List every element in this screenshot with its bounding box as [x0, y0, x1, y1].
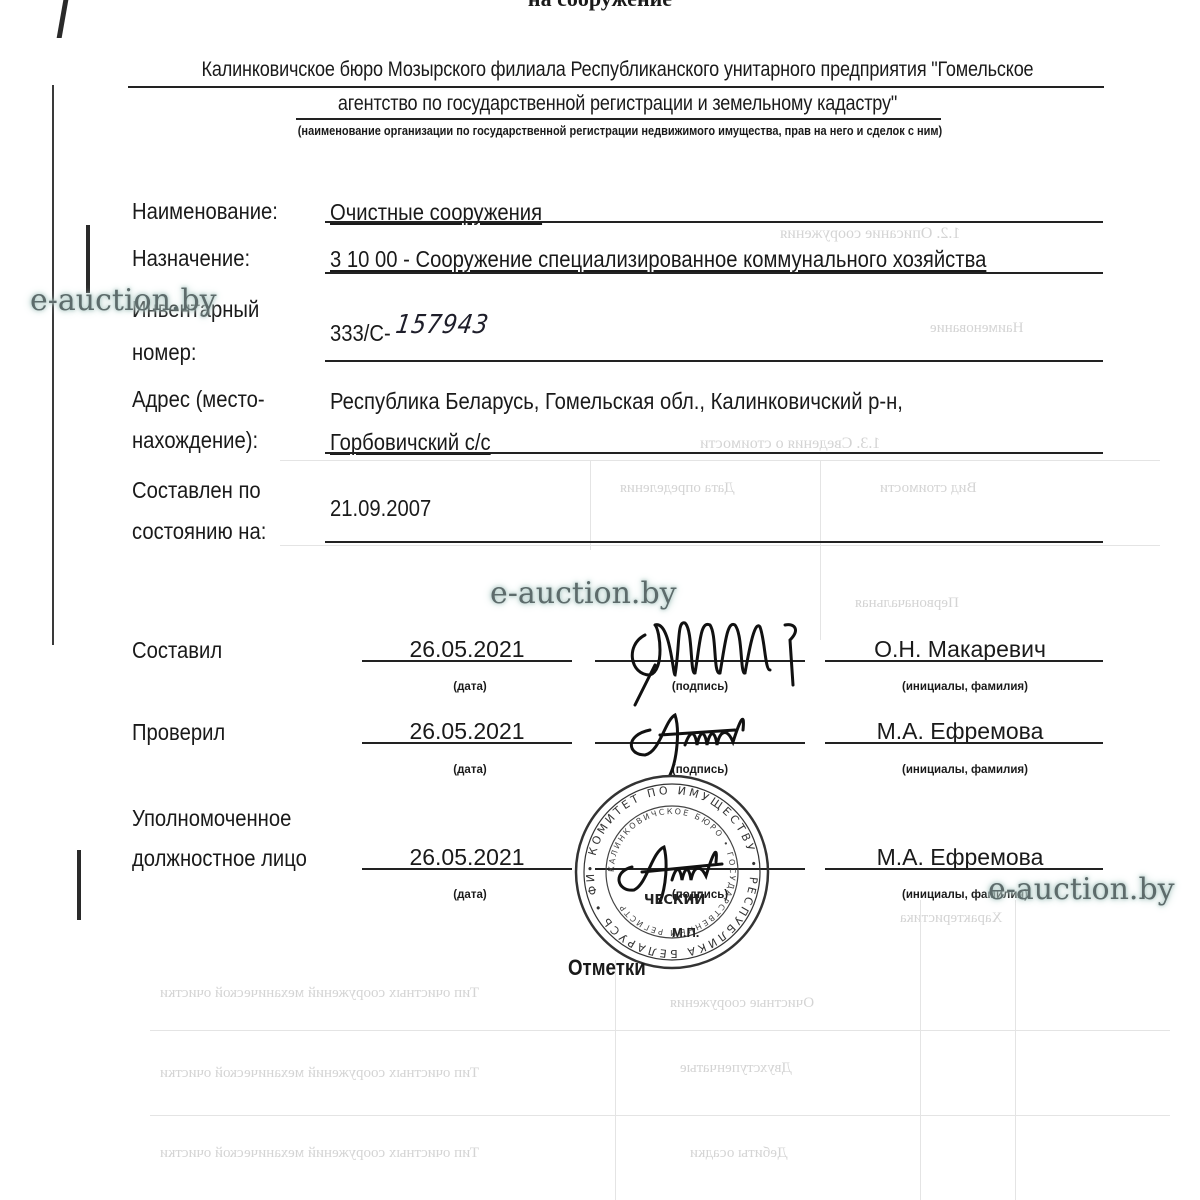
ghost-text: Тип очистных сооружений механической очи…	[160, 1145, 479, 1162]
ghost-rule	[820, 460, 821, 640]
watermark-text: e-auction.by	[988, 872, 1175, 907]
purpose-field-line	[325, 272, 1103, 274]
scan-edge-line	[52, 85, 54, 645]
organization-name-line2: агентство по государственной регистрации…	[194, 92, 1041, 116]
ghost-rule	[615, 960, 616, 1200]
as-of-label-line2: состоянию на:	[132, 512, 266, 550]
inventory-value: 333/С- 157943	[330, 318, 489, 348]
svg-text:М.П.: М.П.	[672, 925, 699, 940]
address-label-line1: Адрес (место-	[132, 380, 265, 418]
purpose-label: Назначение:	[132, 239, 250, 277]
ghost-rule	[280, 460, 1160, 461]
name-caption: (инициалы, фамилия)	[880, 681, 1050, 693]
address-value-line1: Республика Беларусь, Гомельская обл., Ка…	[330, 388, 903, 415]
inventory-prefix: 333/С-	[330, 320, 391, 346]
address-field-line	[325, 452, 1103, 454]
ghost-text: Наименование	[930, 320, 1023, 337]
svg-text:ЧЕСКИЙ: ЧЕСКИЙ	[644, 892, 705, 908]
checked-by-date: 26.05.2021	[362, 718, 572, 745]
checked-by-label: Проверил	[132, 719, 225, 746]
watermark-text: e-auction.by	[490, 576, 677, 611]
scan-edge-mark	[77, 850, 81, 920]
organization-underline	[128, 86, 1104, 88]
authorized-official-label-line2: должностное лицо	[132, 845, 307, 872]
authorized-name-line	[825, 868, 1103, 870]
compiled-by-label: Составил	[132, 637, 222, 664]
ghost-rule	[280, 545, 1160, 546]
date-caption: (дата)	[440, 889, 500, 901]
organization-name-line1: Калинковичское бюро Мозырского филиала Р…	[194, 58, 1041, 82]
authorized-official-label-line1: Уполномоченное	[132, 805, 291, 832]
document-title: на сооружение	[0, 0, 1200, 12]
name-field-line	[325, 221, 1103, 223]
inventory-field-line	[325, 360, 1103, 362]
purpose-value: 3 10 00 - Сооружение специализированное …	[330, 246, 986, 273]
ghost-rule	[1015, 900, 1016, 1200]
compiled-by-name: О.Н. Макаревич	[835, 636, 1085, 663]
marks-title: Отметки	[568, 955, 646, 981]
checked-date-line	[362, 742, 572, 744]
checked-by-name: М.А. Ефремова	[835, 718, 1085, 745]
authorized-date-line	[362, 868, 572, 870]
ghost-text: Дебиты осадки	[690, 1145, 787, 1162]
name-label: Наименование:	[132, 192, 278, 230]
ghost-text: Характеристика	[900, 910, 1002, 927]
inventory-label-line2: номер:	[132, 333, 196, 371]
date-caption: (дата)	[440, 764, 500, 776]
ghost-text: Дата определения	[620, 480, 735, 497]
ghost-rule	[150, 1030, 1170, 1031]
watermark-text: e-auction.by	[30, 283, 217, 318]
inventory-handwritten-number: 157943	[394, 310, 491, 340]
checked-name-line	[825, 742, 1103, 744]
signature-efremova-icon	[615, 700, 765, 780]
official-stamp-icon: • КОМИТЕТ ПО ИМУЩЕСТВУ • РЕСПУБЛИКА БЕЛА…	[572, 772, 772, 972]
ghost-text: Тип очистных сооружений механической очи…	[160, 985, 479, 1002]
as-of-field-line	[325, 541, 1103, 543]
ghost-text: Двухступенчатые	[680, 1060, 792, 1077]
organization-caption: (наименование организации по государстве…	[162, 124, 1077, 138]
compiled-by-date: 26.05.2021	[362, 636, 572, 663]
organization-underline	[296, 118, 941, 120]
ghost-text: Тип очистных сооружений механической очи…	[160, 1065, 479, 1082]
signature-makarevich-icon	[615, 605, 815, 715]
address-label-line2: нахождение):	[132, 421, 258, 459]
ghost-rule	[150, 1115, 1170, 1116]
name-caption: (инициалы, фамилия)	[880, 764, 1050, 776]
ghost-text: 1.2. Описание сооружения	[780, 225, 960, 243]
compiled-name-line	[825, 660, 1103, 662]
ghost-text: Вид стоимости	[880, 480, 977, 497]
as-of-value: 21.09.2007	[330, 495, 431, 522]
ghost-text: 1.3. Сведения о стоимости	[700, 435, 880, 453]
ghost-rule	[590, 460, 591, 550]
ghost-text: Первоначальная	[855, 595, 959, 612]
ghost-text: Очистные сооружения	[670, 995, 814, 1012]
as-of-label-line1: Составлен по	[132, 471, 261, 509]
authorized-name: М.А. Ефремова	[835, 844, 1085, 871]
compiled-date-line	[362, 660, 572, 662]
authorized-date: 26.05.2021	[362, 844, 572, 871]
date-caption: (дата)	[440, 681, 500, 693]
ghost-rule	[920, 900, 921, 1200]
